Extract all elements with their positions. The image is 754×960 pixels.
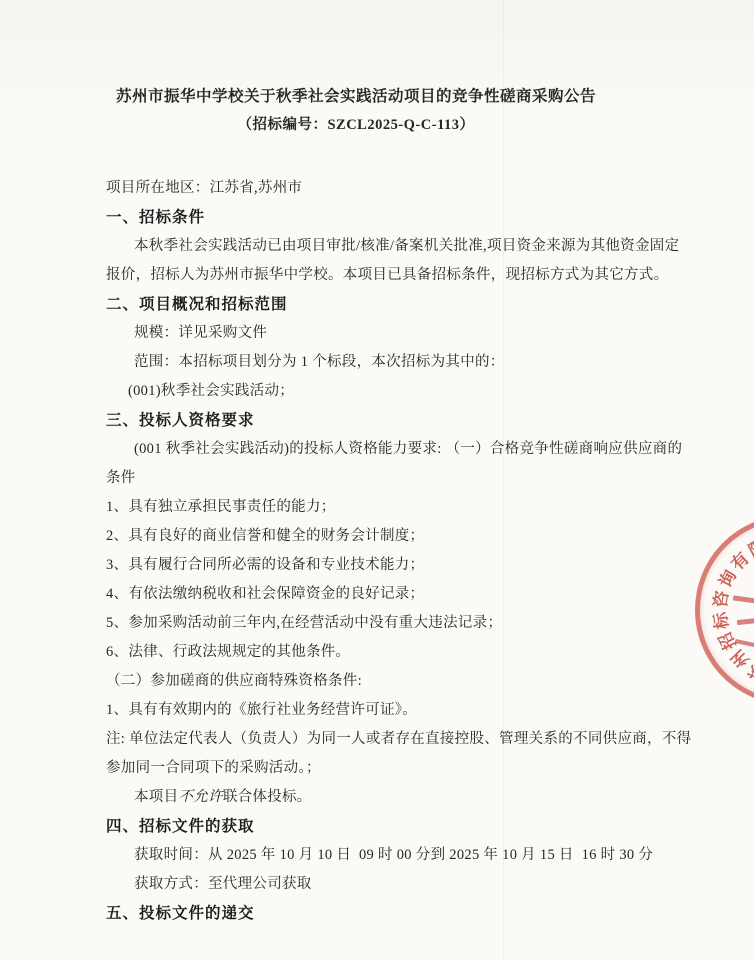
consortium-emphasis: 不允许 (178, 785, 222, 806)
obtain-time-line: 获取时间：从 2025 年 10 月 10 日 09 时 00 分到 2025 … (106, 839, 754, 868)
consortium-prefix: 本项目 (134, 785, 178, 806)
heading-section-5: 五、投标文件的递交 (106, 897, 754, 926)
section1-paragraph-line1: 本秋季社会实践活动已由项目审批/核准/备案机关批准,项目资金来源为其他资金固定 (106, 230, 754, 259)
page-title: 苏州市振华中学校关于秋季社会实践活动项目的竞争性磋商采购公告 (106, 84, 606, 110)
heading-section-4: 四、招标文件的获取 (106, 810, 754, 839)
scope-line: 范围：本招标项目划分为 1 个标段，本次招标为其中的： (106, 346, 754, 375)
heading-section-3: 三、投标人资格要求 (106, 404, 754, 433)
document-page: 苏州市振华中学校关于秋季社会实践活动项目的竞争性磋商采购公告 （招标编号：SZC… (0, 0, 754, 960)
section1-paragraph-line2: 报价，招标人为苏州市振华中学校。本项目已具备招标条件，现招标方式为其它方式。 (106, 259, 754, 288)
document-content: 苏州市振华中学校关于秋季社会实践活动项目的竞争性磋商采购公告 （招标编号：SZC… (0, 84, 754, 926)
qualification-item: 2、具有良好的商业信誉和健全的财务会计制度； (106, 520, 754, 549)
bid-number: （招标编号：SZCL2025-Q-C-113） (106, 110, 606, 140)
qualification-item: 1、具有独立承担民事责任的能力； (106, 491, 754, 520)
lot-line: (001)秋季社会实践活动； (106, 375, 754, 404)
obtain-method-line: 获取方式：至代理公司获取 (106, 868, 754, 897)
qualification-item: 4、有依法缴纳税收和社会保障资金的良好记录； (106, 578, 754, 607)
heading-section-2: 二、项目概况和招标范围 (106, 288, 754, 317)
qualification-item: 3、具有履行合同所必需的设备和专业技术能力； (106, 549, 754, 578)
document-body: 项目所在地区：江苏省,苏州市 一、招标条件 本秋季社会实践活动已由项目审批/核准… (0, 172, 754, 926)
note-line1: 注: 单位法定代表人（负责人）为同一人或者存在直接控股、管理关系的不同供应商，不… (106, 723, 754, 752)
qualification-intro-line2: 条件 (106, 462, 754, 491)
special-qualification-heading: （二）参加磋商的供应商特殊资格条件: (106, 665, 754, 694)
note-line2: 参加同一合同项下的采购活动。； (106, 752, 754, 781)
consortium-suffix: 联合体投标。 (223, 785, 312, 806)
consortium-line: 本项目不允许联合体投标。 (106, 781, 754, 810)
qualification-item: 6、法律、行政法规规定的其他条件。 (106, 636, 754, 665)
heading-section-1: 一、招标条件 (106, 201, 754, 230)
region-line: 项目所在地区：江苏省,苏州市 (106, 172, 754, 201)
qualification-item: 5、参加采购活动前三年内,在经营活动中没有重大违法记录； (106, 607, 754, 636)
qualification-intro-line1: (001 秋季社会实践活动)的投标人资格能力要求: （一）合格竞争性磋商响应供应… (106, 433, 754, 462)
scale-line: 规模：详见采购文件 (106, 317, 754, 346)
special-qualification-item: 1、具有有效期内的《旅行社业务经营许可证》。 (106, 694, 754, 723)
